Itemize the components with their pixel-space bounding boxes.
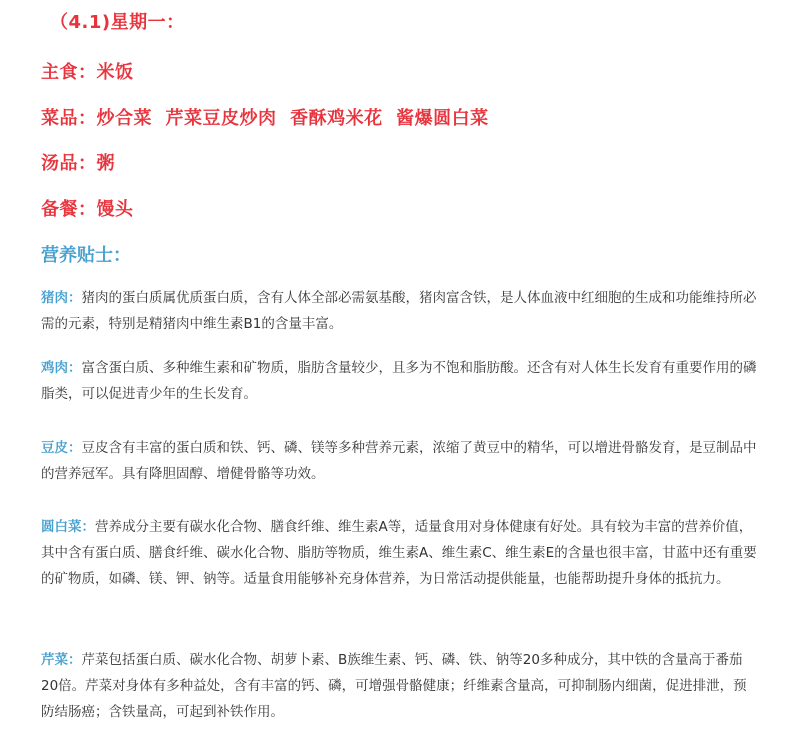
- menu-label: 汤品：: [41, 153, 97, 174]
- nutrition-tips-heading: 营养贴士：: [41, 241, 131, 267]
- menu-side: 备餐：馒头: [41, 195, 134, 221]
- menu-value: 馒头: [97, 199, 134, 220]
- menu-value: 炒合菜 芹菜豆皮炒肉 香酥鸡米花 酱爆圆白菜: [97, 108, 489, 129]
- tip-label: 芹菜：: [41, 652, 82, 668]
- tip-label: 豆皮：: [41, 440, 82, 456]
- page-title: （4.1)星期一：: [50, 8, 185, 34]
- tip-pork: 猪肉：猪肉的蛋白质属优质蛋白质，含有人体全部必需氨基酸，猪肉富含铁，是人体血液中…: [41, 285, 759, 337]
- tip-chicken: 鸡肉：富含蛋白质、多种维生素和矿物质，脂肪含量较少，且多为不饱和脂肪酸。还含有对…: [41, 355, 759, 407]
- tip-cabbage: 圆白菜：营养成分主要有碳水化合物、膳食纤维、维生素A等，适量食用对身体健康有好处…: [41, 514, 759, 592]
- tip-tofu-skin: 豆皮：豆皮含有丰富的蛋白质和铁、钙、磷、镁等多种营养元素，浓缩了黄豆中的精华，可…: [41, 435, 759, 487]
- tip-text: 富含蛋白质、多种维生素和矿物质，脂肪含量较少，且多为不饱和脂肪酸。还含有对人体生…: [41, 360, 757, 402]
- tip-text: 营养成分主要有碳水化合物、膳食纤维、维生素A等，适量食用对身体健康有好处。具有较…: [41, 519, 757, 587]
- menu-label: 主食：: [41, 62, 97, 83]
- menu-soup: 汤品：粥: [41, 149, 115, 175]
- menu-value: 粥: [97, 153, 116, 174]
- tip-label: 圆白菜：: [41, 519, 95, 535]
- menu-label: 备餐：: [41, 199, 97, 220]
- tip-text: 猪肉的蛋白质属优质蛋白质，含有人体全部必需氨基酸，猪肉富含铁，是人体血液中红细胞…: [41, 290, 757, 332]
- tip-label: 猪肉：: [41, 290, 82, 306]
- tip-label: 鸡肉：: [41, 360, 82, 376]
- menu-staple: 主食：米饭: [41, 58, 134, 84]
- tip-celery: 芹菜：芹菜包括蛋白质、碳水化合物、胡萝卜素、B族维生素、钙、磷、铁、钠等20多种…: [41, 647, 759, 725]
- menu-label: 菜品：: [41, 108, 97, 129]
- menu-dishes: 菜品：炒合菜 芹菜豆皮炒肉 香酥鸡米花 酱爆圆白菜: [41, 104, 489, 130]
- tip-text: 豆皮含有丰富的蛋白质和铁、钙、磷、镁等多种营养元素，浓缩了黄豆中的精华，可以增进…: [41, 440, 757, 482]
- tip-text: 芹菜包括蛋白质、碳水化合物、胡萝卜素、B族维生素、钙、磷、铁、钠等20多种成分，…: [41, 652, 747, 720]
- menu-value: 米饭: [97, 62, 134, 83]
